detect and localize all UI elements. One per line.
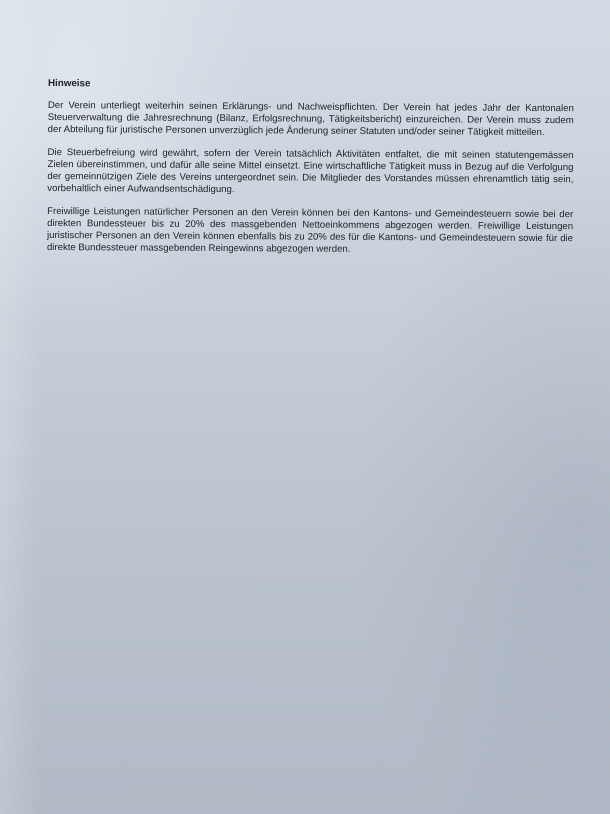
document-body: Hinweise Der Verein unterliegt weiterhin… <box>47 78 574 268</box>
section-heading: Hinweise <box>48 78 574 93</box>
paper-fold-shading <box>0 0 40 814</box>
paragraph-donations-deduction: Freiwillige Leistungen natürlicher Perso… <box>47 206 573 257</box>
paper-sheet: Hinweise Der Verein unterliegt weiterhin… <box>0 0 610 814</box>
paragraph-tax-exemption: Die Steuerbefreiung wird gewährt, sofern… <box>47 147 573 198</box>
paragraph-obligations: Der Verein unterliegt weiterhin seinen E… <box>48 100 574 139</box>
